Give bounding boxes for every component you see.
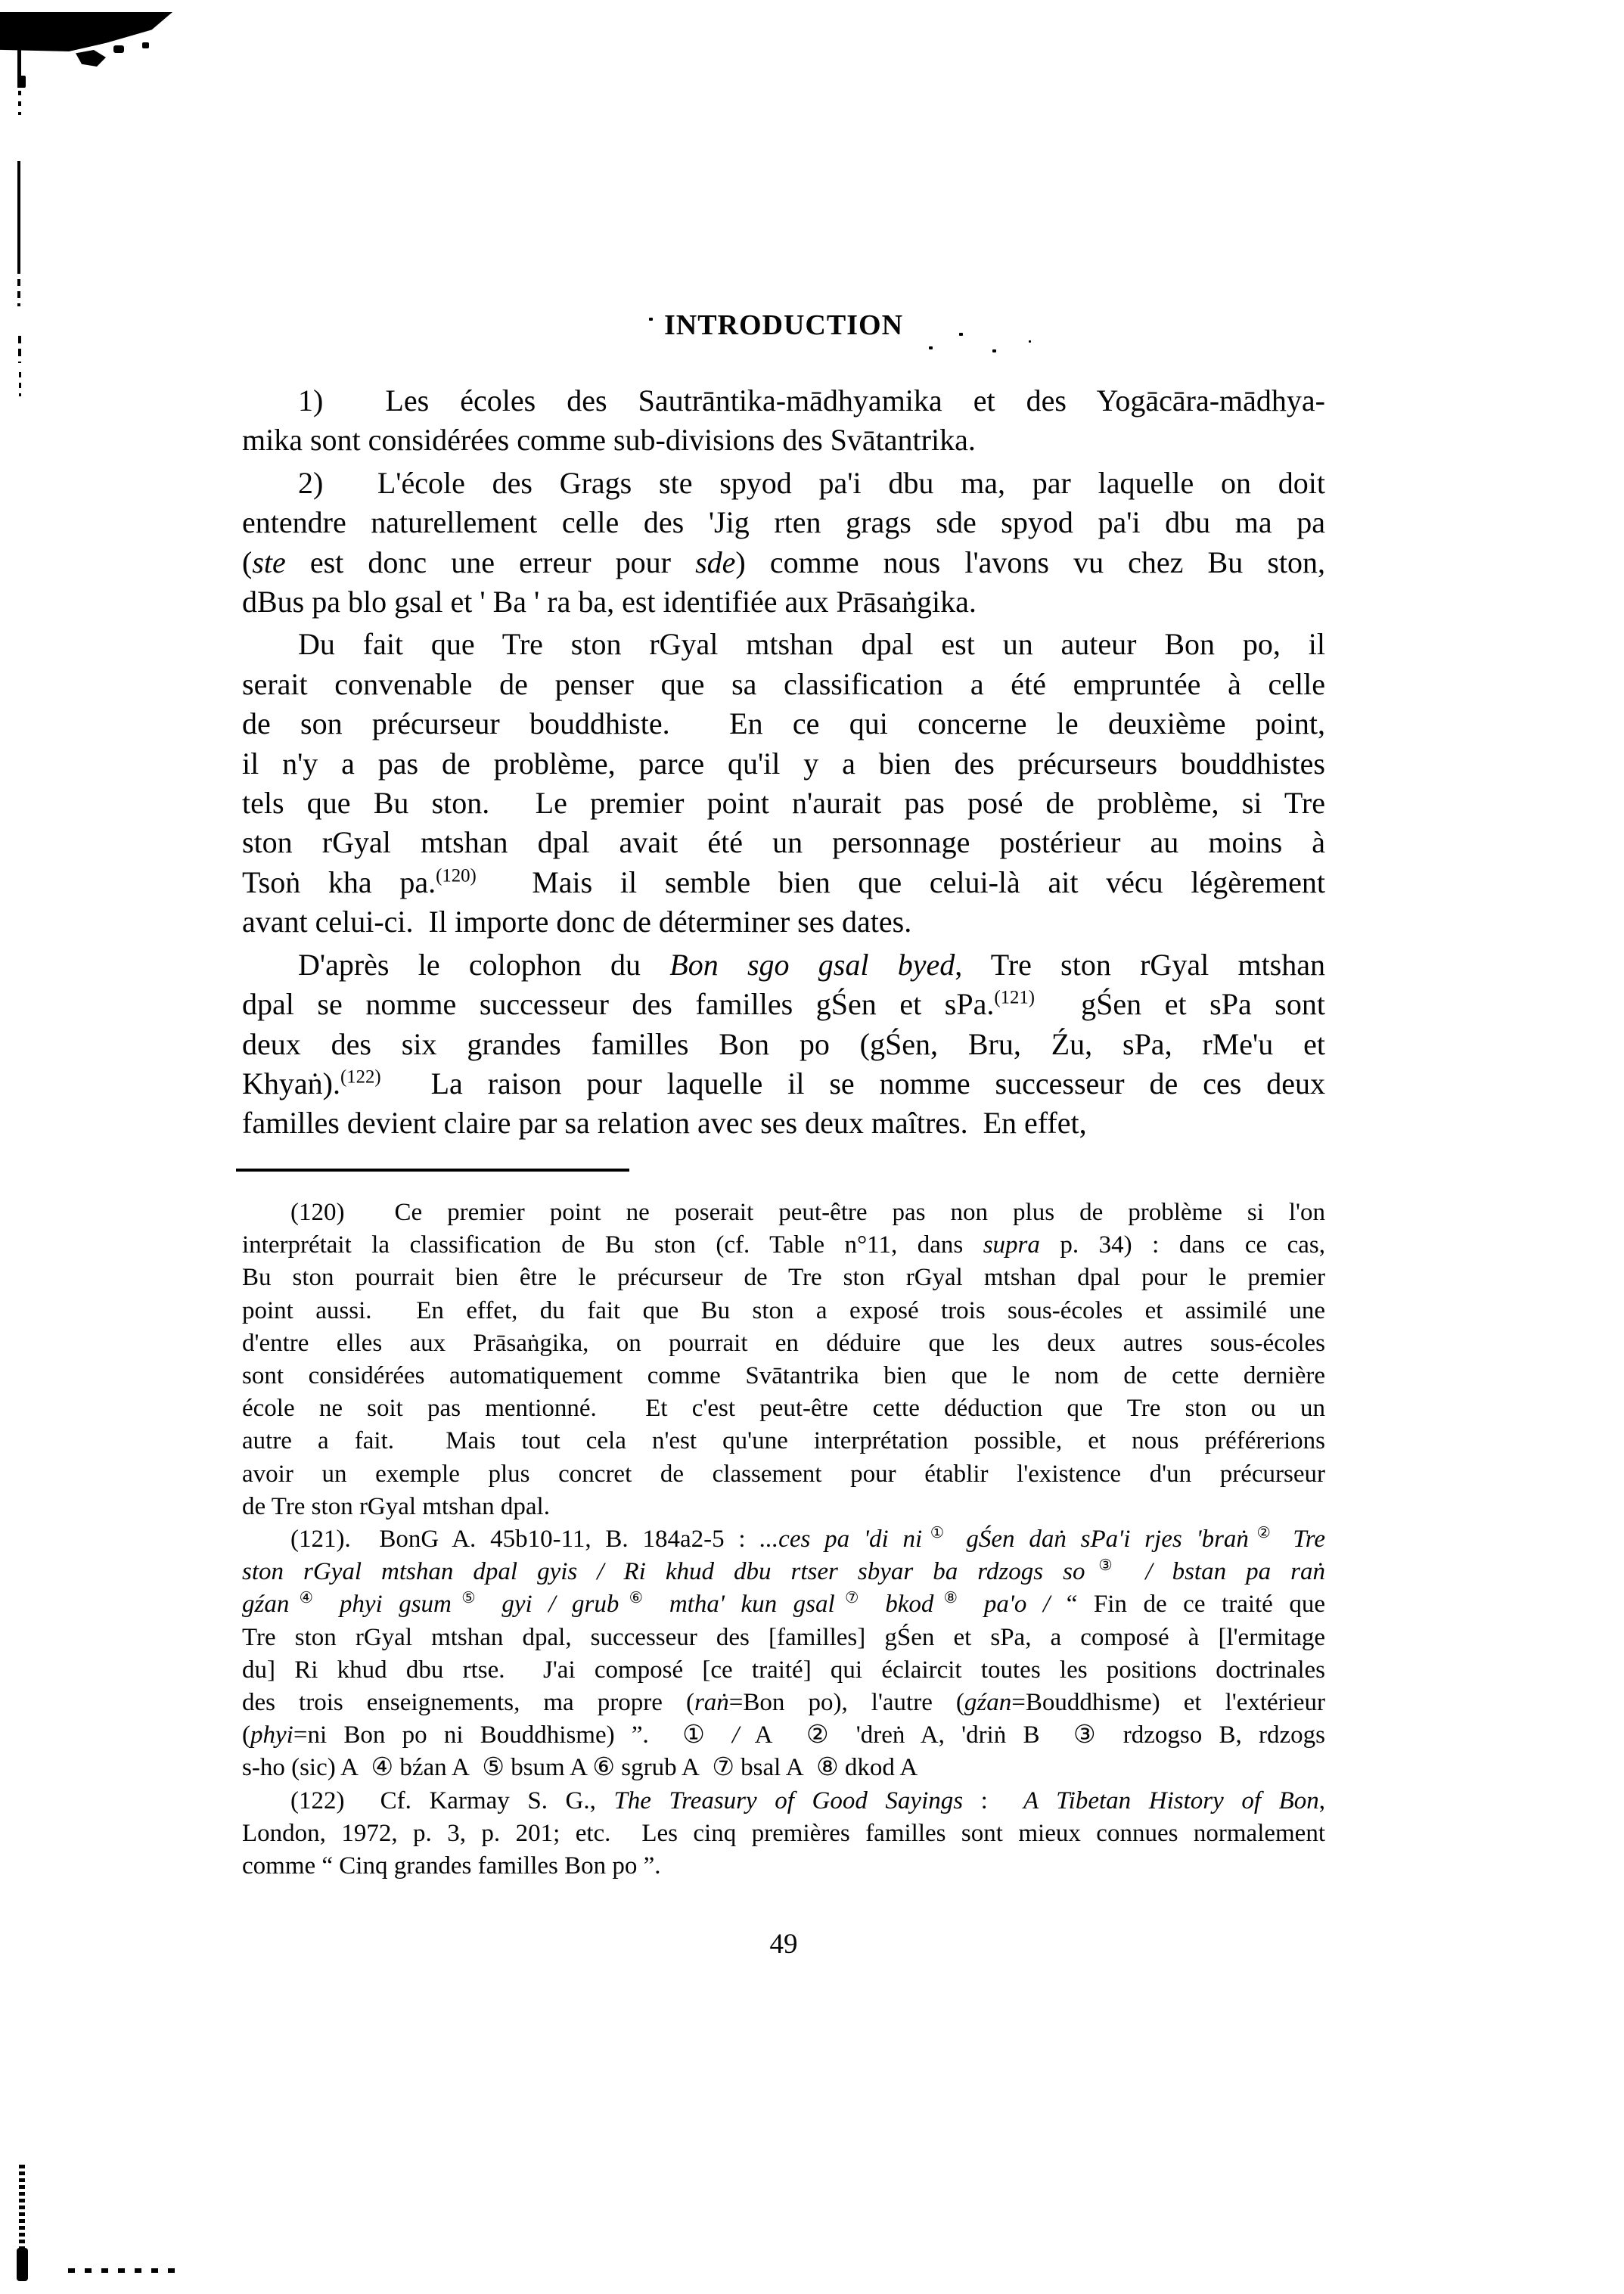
text-line: du] Ri khud dbu rtse. J'ai composé [ce t… bbox=[242, 1654, 1325, 1687]
text-line: 2) L'école des Grags ste spyod pa'i dbu … bbox=[242, 464, 1325, 503]
paragraph: 2) L'école des Grags ste spyod pa'i dbu … bbox=[242, 464, 1325, 622]
scanned-book-page: INTRODUCTION 1) Les écoles des Sautrānti… bbox=[0, 0, 1624, 2294]
scan-artifact-speckle bbox=[76, 50, 106, 67]
paragraph: 1) Les écoles des Sautrāntika-mādhyamika… bbox=[242, 381, 1325, 461]
text-line: avant celui-ci. Il importe donc de déter… bbox=[242, 902, 1325, 942]
main-text-block: 1) Les écoles des Sautrāntika-mādhyamika… bbox=[242, 381, 1325, 1144]
paragraph: (121). BonG A. 45b10-11, B. 184a2-5 : ..… bbox=[242, 1523, 1325, 1785]
scan-artifact-left-edge-line bbox=[18, 91, 21, 115]
text-line: gźan④ phyi gsum⑤ gyi / grub⑥ mtha' kun g… bbox=[242, 1588, 1325, 1621]
text-line: de Tre ston rGyal mtshan dpal. bbox=[242, 1491, 1325, 1523]
text-line: (121). BonG A. 45b10-11, B. 184a2-5 : ..… bbox=[242, 1523, 1325, 1556]
page-title: INTRODUCTION bbox=[242, 309, 1325, 342]
footnote-separator-rule bbox=[236, 1169, 629, 1172]
text-line: des trois enseignements, ma propre (raṅ=… bbox=[242, 1687, 1325, 1719]
paragraph: D'après le colophon du Bon sgo gsal byed… bbox=[242, 945, 1325, 1144]
footnotes-block: (120) Ce premier point ne poserait peut-… bbox=[242, 1197, 1325, 1883]
scan-artifact-speckle bbox=[113, 45, 124, 53]
scan-artifact-left-edge-line bbox=[17, 267, 20, 306]
text-line: entendre naturellement celle des 'Jig rt… bbox=[242, 503, 1325, 542]
text-line: dpal se nomme successeur des familles gŚ… bbox=[242, 985, 1325, 1024]
scan-artifact-speckle bbox=[929, 346, 933, 349]
scan-artifact-speckle bbox=[992, 349, 996, 352]
text-line: Du fait que Tre ston rGyal mtshan dpal e… bbox=[242, 625, 1325, 664]
text-line: Khyaṅ).(122) La raison pour laquelle il … bbox=[242, 1064, 1325, 1104]
text-line: école ne soit pas mentionné. Et c'est pe… bbox=[242, 1392, 1325, 1425]
text-line: tels que Bu ston. Le premier point n'aur… bbox=[242, 784, 1325, 823]
text-line: sont considérées automatiquement comme S… bbox=[242, 1360, 1325, 1392]
text-line: interprétait la classification de Bu sto… bbox=[242, 1229, 1325, 1262]
text-line: London, 1972, p. 3, p. 201; etc. Les cin… bbox=[242, 1818, 1325, 1850]
text-line: (ste est donc une erreur pour sde) comme… bbox=[242, 543, 1325, 582]
scan-artifact-bottom-streak bbox=[19, 2165, 25, 2254]
text-line: deux des six grandes familles Bon po (gŚ… bbox=[242, 1025, 1325, 1064]
text-line: point aussi. En effet, du fait que Bu st… bbox=[242, 1295, 1325, 1327]
text-line: familles devient claire par sa relation … bbox=[242, 1104, 1325, 1143]
scan-artifact-ink-drip bbox=[20, 76, 26, 88]
paragraph: (120) Ce premier point ne poserait peut-… bbox=[242, 1197, 1325, 1523]
text-line: avoir un exemple plus concret de classem… bbox=[242, 1458, 1325, 1491]
text-line: D'après le colophon du Bon sgo gsal byed… bbox=[242, 945, 1325, 985]
text-line: serait convenable de penser que sa class… bbox=[242, 665, 1325, 704]
text-line: mika sont considérées comme sub-division… bbox=[242, 421, 1325, 460]
paragraph: (122) Cf. Karmay S. G., The Treasury of … bbox=[242, 1785, 1325, 1883]
text-line: d'entre elles aux Prāsaṅgika, on pourrai… bbox=[242, 1327, 1325, 1360]
text-line: de son précurseur bouddhiste. En ce qui … bbox=[242, 704, 1325, 743]
text-line: (120) Ce premier point ne poserait peut-… bbox=[242, 1197, 1325, 1229]
text-line: Tsoṅ kha pa.(120) Mais il semble bien qu… bbox=[242, 863, 1325, 902]
text-line: 1) Les écoles des Sautrāntika-mādhyamika… bbox=[242, 381, 1325, 421]
scan-artifact-speckle bbox=[142, 42, 149, 48]
text-line: ston rGyal mtshan dpal gyis / Ri khud db… bbox=[242, 1556, 1325, 1588]
scan-artifact-left-edge-line bbox=[18, 336, 21, 363]
scan-artifact-bottom-blob bbox=[17, 2248, 28, 2281]
page-number: 49 bbox=[242, 1928, 1325, 1960]
text-line: (122) Cf. Karmay S. G., The Treasury of … bbox=[242, 1785, 1325, 1818]
text-line: Tre ston rGyal mtshan dpal, successeur d… bbox=[242, 1622, 1325, 1654]
scan-artifact-left-edge-line bbox=[17, 161, 20, 267]
scan-artifact-bottom-dots bbox=[68, 2268, 178, 2273]
text-line: ston rGyal mtshan dpal avait été un pers… bbox=[242, 823, 1325, 862]
text-line: comme “ Cinq grandes familles Bon po ”. bbox=[242, 1850, 1325, 1883]
text-line: dBus pa blo gsal et ' Ba ' ra ba, est id… bbox=[242, 582, 1325, 622]
text-line: autre a fait. Mais tout cela n'est qu'un… bbox=[242, 1425, 1325, 1457]
text-line: il n'y a pas de problème, parce qu'il y … bbox=[242, 744, 1325, 784]
text-line: Bu ston pourrait bien être le précurseur… bbox=[242, 1262, 1325, 1294]
paragraph: Du fait que Tre ston rGyal mtshan dpal e… bbox=[242, 625, 1325, 942]
scan-artifact-left-edge-line bbox=[19, 372, 21, 396]
text-line: s-ho (sic) A ④ bźan A ⑤ bsum A ⑥ sgrub A… bbox=[242, 1752, 1325, 1784]
text-line: (phyi=ni Bon po ni Bouddhisme) ”. ① / A … bbox=[242, 1719, 1325, 1752]
